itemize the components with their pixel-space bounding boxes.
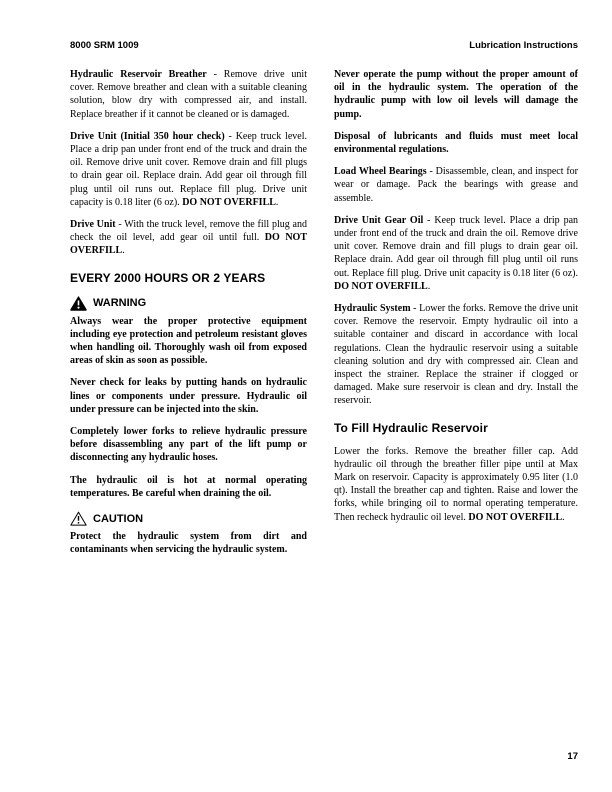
text-run: .	[428, 281, 431, 292]
paragraph: Hydraulic Reservoir Breather - Remove dr…	[70, 68, 307, 121]
paragraph: Drive Unit - With the truck level, remov…	[70, 218, 307, 258]
paragraph: Never check for leaks by putting hands o…	[70, 376, 307, 416]
bold-text-run: Completely lower forks to relieve hydrau…	[70, 426, 307, 463]
section-heading: To Fill Hydraulic Reservoir	[334, 421, 578, 435]
section-heading: EVERY 2000 HOURS OR 2 YEARS	[70, 271, 307, 285]
paragraph: Drive Unit Gear Oil - Keep truck level. …	[334, 214, 578, 293]
header-doc-number: 8000 SRM 1009	[70, 40, 139, 51]
caution-triangle-icon	[70, 511, 87, 526]
warning-triangle-icon	[70, 296, 87, 311]
bold-text-run: Never check for leaks by putting hands o…	[70, 377, 307, 414]
text-run: .	[276, 197, 279, 208]
paragraph: Hydraulic System - Lower the forks. Remo…	[334, 302, 578, 408]
paragraph: Never operate the pump without the prope…	[334, 68, 578, 121]
left-column: Hydraulic Reservoir Breather - Remove dr…	[70, 68, 307, 565]
paragraph: Load Wheel Bearings - Disassemble, clean…	[334, 165, 578, 205]
header-section-title: Lubrication Instructions	[469, 40, 578, 51]
paragraph: Lower the forks. Remove the breather fil…	[334, 445, 578, 524]
bold-text-run: Drive Unit	[70, 219, 116, 230]
warning-label: WARNING	[93, 297, 146, 309]
text-run: - Lower the forks. Remove the drive unit…	[334, 303, 578, 406]
page-header: 8000 SRM 1009 Lubrication Instructions	[70, 40, 578, 51]
paragraph: The hydraulic oil is hot at normal opera…	[70, 474, 307, 500]
text-run: .	[122, 245, 125, 256]
paragraph: Drive Unit (Initial 350 hour check) - Ke…	[70, 130, 307, 209]
paragraph: Completely lower forks to relieve hydrau…	[70, 425, 307, 465]
bold-text-run: Hydraulic Reservoir Breather	[70, 69, 207, 80]
bold-text-run: Disposal of lubricants and fluids must m…	[334, 131, 578, 155]
document-page: 8000 SRM 1009 Lubrication Instructions H…	[0, 0, 612, 792]
text-run: .	[562, 512, 565, 523]
bold-text-run: Drive Unit Gear Oil	[334, 215, 423, 226]
warning-label-row: WARNING	[70, 296, 307, 311]
bold-text-run: Hydraulic System	[334, 303, 411, 314]
two-column-layout: Hydraulic Reservoir Breather - Remove dr…	[70, 68, 578, 565]
bold-text-run: Always wear the proper protective equipm…	[70, 316, 307, 367]
page-number: 17	[567, 751, 578, 762]
caution-label-row: CAUTION	[70, 511, 307, 526]
bold-text-run: Load Wheel Bearings	[334, 166, 427, 177]
bold-text-run: DO NOT OVERFILL	[334, 281, 428, 292]
paragraph: Protect the hydraulic system from dirt a…	[70, 530, 307, 556]
bold-text-run: Never operate the pump without the prope…	[334, 69, 578, 120]
bold-text-run: DO NOT OVERFILL	[468, 512, 562, 523]
right-column: Never operate the pump without the prope…	[334, 68, 578, 565]
bold-text-run: Protect the hydraulic system from dirt a…	[70, 531, 307, 555]
paragraph: Disposal of lubricants and fluids must m…	[334, 130, 578, 156]
caution-label: CAUTION	[93, 513, 143, 525]
bold-text-run: DO NOT OVERFILL	[182, 197, 276, 208]
bold-text-run: Drive Unit (Initial 350 hour check)	[70, 131, 225, 142]
bold-text-run: The hydraulic oil is hot at normal opera…	[70, 475, 307, 499]
paragraph: Always wear the proper protective equipm…	[70, 315, 307, 368]
